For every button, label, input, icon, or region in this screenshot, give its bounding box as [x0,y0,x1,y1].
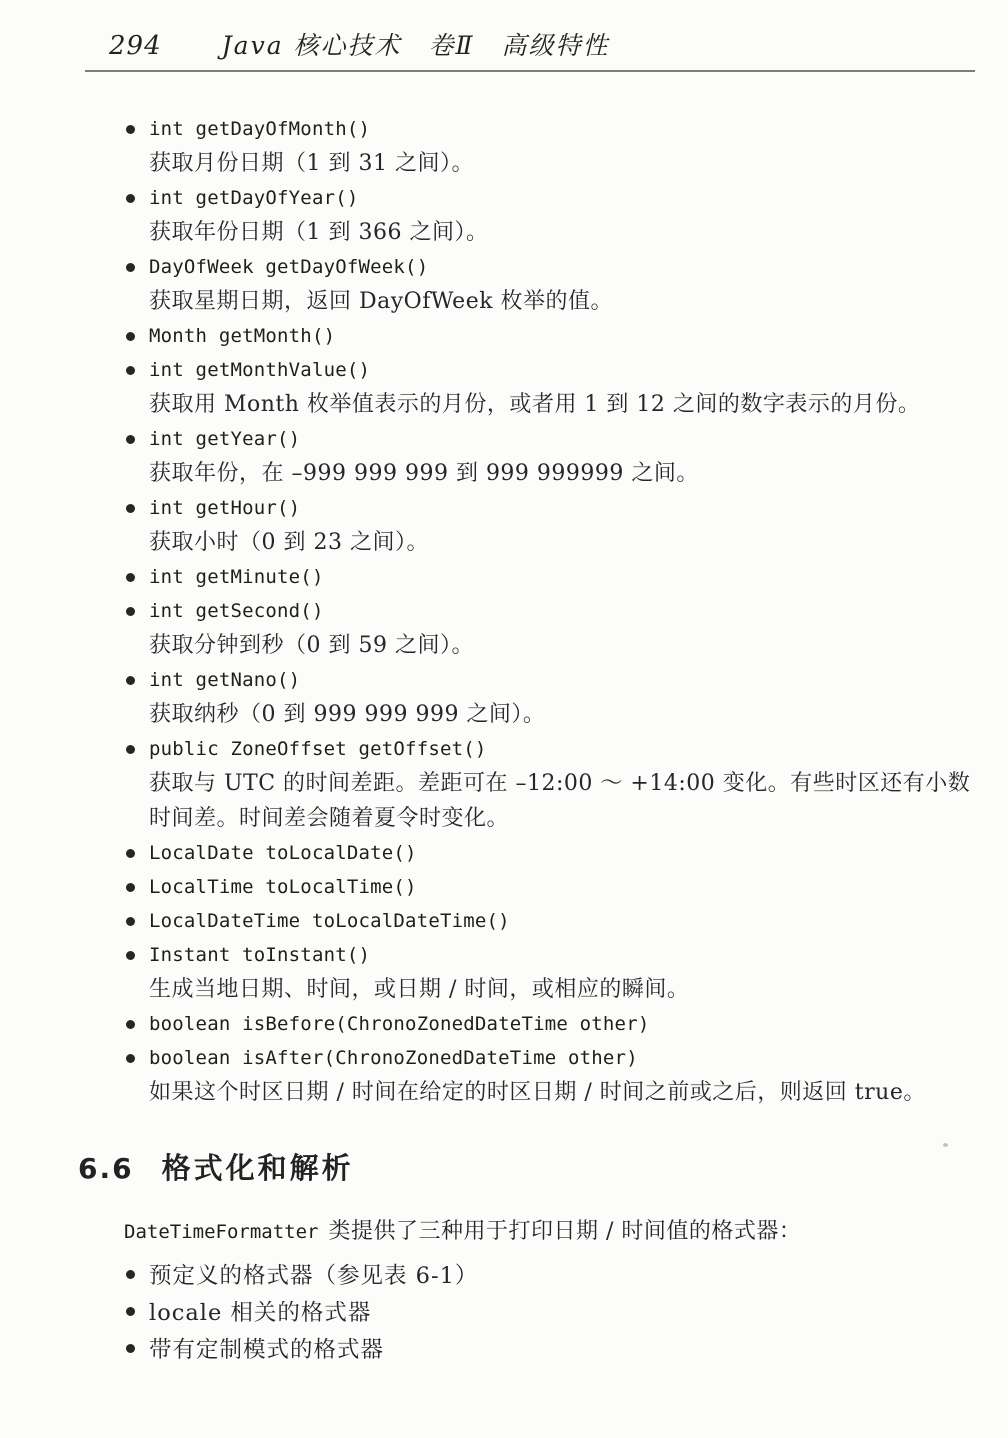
api-method-signature: boolean isAfter(ChronoZonedDateTime othe… [149,1047,638,1069]
api-method-signature: int getMonthValue() [149,359,370,381]
section-title: 格式化和解析 [162,1146,354,1187]
intro-class-name: DateTimeFormatter [124,1221,318,1243]
api-description: 获取用 Month 枚举值表示的月份，或者用 1 到 12 之间的数字表示的月份… [149,387,971,422]
api-description: 获取纳秒（0 到 999 999 999 之间）。 [149,697,971,732]
list-item: 预定义的格式器（参见表 6-1） [126,1255,972,1292]
api-code-row: int getNano() [126,663,972,697]
api-method-signature: LocalDateTime toLocalDateTime() [149,910,510,932]
section-heading: 6.6 格式化和解析 [78,1146,972,1187]
api-code-row: Instant toInstant() [126,938,972,972]
api-code-row: LocalDate toLocalDate() [126,836,972,870]
bullet-icon [126,435,135,444]
api-code-row: LocalTime toLocalTime() [126,870,972,904]
api-method-signature: LocalDate toLocalDate() [149,842,417,864]
api-descriptions: 获取月份日期（1 到 31 之间）。 [149,146,971,181]
api-descriptions: 如果这个时区日期 / 时间在给定的时区日期 / 时间之前或之后，则返回 true… [149,1075,971,1110]
bullet-icon [126,194,135,203]
api-list-item: boolean isBefore(ChronoZonedDateTime oth… [126,1007,972,1041]
api-description: 获取年份日期（1 到 366 之间）。 [149,215,971,250]
api-descriptions: 获取小时（0 到 23 之间）。 [149,525,971,560]
api-list-item: int getMonthValue() 获取用 Month 枚举值表示的月份，或… [126,353,972,422]
api-method-signature: LocalTime toLocalTime() [149,876,417,898]
page-body: int getDayOfMonth() 获取月份日期（1 到 31 之间）。 i… [78,112,972,1366]
api-descriptions: 获取用 Month 枚举值表示的月份，或者用 1 到 12 之间的数字表示的月份… [149,387,971,422]
running-head: 294 Java 核心技术 卷Ⅱ 高级特性 [85,26,975,72]
api-description: 获取月份日期（1 到 31 之间）。 [149,146,971,181]
bullet-icon [126,849,135,858]
api-description: 获取年份，在 –999 999 999 到 999 999999 之间。 [149,456,971,491]
api-code-row: int getYear() [126,422,972,456]
section-intro-paragraph: DateTimeFormatter类提供了三种用于打印日期 / 时间值的格式器： [124,1215,972,1249]
api-method-signature: Month getMonth() [149,325,335,347]
bullet-icon [126,1270,135,1279]
bullet-icon [126,573,135,582]
api-code-row: int getMinute() [126,560,972,594]
api-method-signature: DayOfWeek getDayOfWeek() [149,256,428,278]
api-list-item: boolean isAfter(ChronoZonedDateTime othe… [126,1041,972,1110]
api-method-signature: int getNano() [149,669,300,691]
api-method-signature: int getDayOfMonth() [149,118,370,140]
api-method-signature: int getSecond() [149,600,324,622]
api-method-signature: int getDayOfYear() [149,187,359,209]
api-list-item: Instant toInstant() 生成当地日期、时间，或日期 / 时间，或… [126,938,972,1007]
bullet-icon [126,1344,135,1353]
api-method-signature: int getHour() [149,497,300,519]
api-code-row: Month getMonth() [126,319,972,353]
api-code-row: public ZoneOffset getOffset() [126,732,972,766]
api-code-row: boolean isBefore(ChronoZonedDateTime oth… [126,1007,972,1041]
bullet-icon [126,676,135,685]
api-method-signature: int getMinute() [149,566,324,588]
api-descriptions: 获取年份，在 –999 999 999 到 999 999999 之间。 [149,456,971,491]
api-list-item: int getDayOfYear() 获取年份日期（1 到 366 之间）。 [126,181,972,250]
bullet-icon [126,1054,135,1063]
intro-text: 类提供了三种用于打印日期 / 时间值的格式器： [328,1219,801,1244]
api-list-item: DayOfWeek getDayOfWeek() 获取星期日期，返回 DayOf… [126,250,972,319]
api-list-item: int getNano() 获取纳秒（0 到 999 999 999 之间）。 [126,663,972,732]
api-list-item: int getMinute() [126,560,972,594]
bullet-icon [126,607,135,616]
api-code-row: int getHour() [126,491,972,525]
list-item: 带有定制模式的格式器 [126,1329,972,1366]
formatter-kind-label: 预定义的格式器（参见表 6-1） [149,1258,478,1290]
api-descriptions: 获取星期日期，返回 DayOfWeek 枚举的值。 [149,284,971,319]
bullet-icon [126,745,135,754]
api-list-item: LocalTime toLocalTime() [126,870,972,904]
bullet-icon [126,883,135,892]
api-description: 生成当地日期、时间，或日期 / 时间，或相应的瞬间。 [149,972,971,1007]
bullet-icon [126,1307,135,1316]
book-page: 294 Java 核心技术 卷Ⅱ 高级特性 int getDayOfMonth(… [0,0,1008,1438]
page-number: 294 [109,31,162,61]
api-code-row: DayOfWeek getDayOfWeek() [126,250,972,284]
bullet-icon [126,332,135,341]
api-list-item: LocalDate toLocalDate() [126,836,972,870]
api-descriptions: 获取分钟到秒（0 到 59 之间）。 [149,628,971,663]
api-code-row: int getDayOfYear() [126,181,972,215]
bullet-icon [126,917,135,926]
api-code-row: int getDayOfMonth() [126,112,972,146]
api-descriptions: 生成当地日期、时间，或日期 / 时间，或相应的瞬间。 [149,972,971,1007]
api-code-row: boolean isAfter(ChronoZonedDateTime othe… [126,1041,972,1075]
bullet-icon [126,951,135,960]
api-list-item: int getYear() 获取年份，在 –999 999 999 到 999 … [126,422,972,491]
formatter-kind-label: 带有定制模式的格式器 [149,1332,384,1364]
bullet-icon [126,1020,135,1029]
formatter-kind-label: locale 相关的格式器 [149,1295,371,1327]
scan-artifact [943,1143,948,1147]
api-descriptions: 获取与 UTC 的时间差距。差距可在 –12:00 ～ +14:00 变化。有些… [149,766,971,836]
api-method-list: int getDayOfMonth() 获取月份日期（1 到 31 之间）。 i… [126,112,972,1110]
api-list-item: int getDayOfMonth() 获取月份日期（1 到 31 之间）。 [126,112,972,181]
bullet-icon [126,263,135,272]
api-description: 获取分钟到秒（0 到 59 之间）。 [149,628,971,663]
api-description: 获取星期日期，返回 DayOfWeek 枚举的值。 [149,284,971,319]
bullet-icon [126,504,135,513]
api-code-row: int getSecond() [126,594,972,628]
api-list-item: int getSecond() 获取分钟到秒（0 到 59 之间）。 [126,594,972,663]
section-number: 6.6 [78,1152,134,1185]
api-list-item: int getHour() 获取小时（0 到 23 之间）。 [126,491,972,560]
api-method-signature: int getYear() [149,428,300,450]
api-list-item: public ZoneOffset getOffset() 获取与 UTC 的时… [126,732,972,836]
api-description: 获取与 UTC 的时间差距。差距可在 –12:00 ～ +14:00 变化。有些… [149,766,971,836]
api-descriptions: 获取年份日期（1 到 366 之间）。 [149,215,971,250]
api-descriptions: 获取纳秒（0 到 999 999 999 之间）。 [149,697,971,732]
api-description: 获取小时（0 到 23 之间）。 [149,525,971,560]
api-method-signature: public ZoneOffset getOffset() [149,738,487,760]
api-list-item: Month getMonth() [126,319,972,353]
api-method-signature: boolean isBefore(ChronoZonedDateTime oth… [149,1013,649,1035]
formatter-kinds-list: 预定义的格式器（参见表 6-1） locale 相关的格式器 带有定制模式的格式… [126,1255,972,1366]
bullet-icon [126,366,135,375]
running-head-title: Java 核心技术 卷Ⅱ 高级特性 [222,26,610,62]
api-description: 如果这个时区日期 / 时间在给定的时区日期 / 时间之前或之后，则返回 true… [149,1075,971,1110]
api-code-row: int getMonthValue() [126,353,972,387]
api-list-item: LocalDateTime toLocalDateTime() [126,904,972,938]
api-method-signature: Instant toInstant() [149,944,370,966]
api-code-row: LocalDateTime toLocalDateTime() [126,904,972,938]
bullet-icon [126,125,135,134]
list-item: locale 相关的格式器 [126,1292,972,1329]
